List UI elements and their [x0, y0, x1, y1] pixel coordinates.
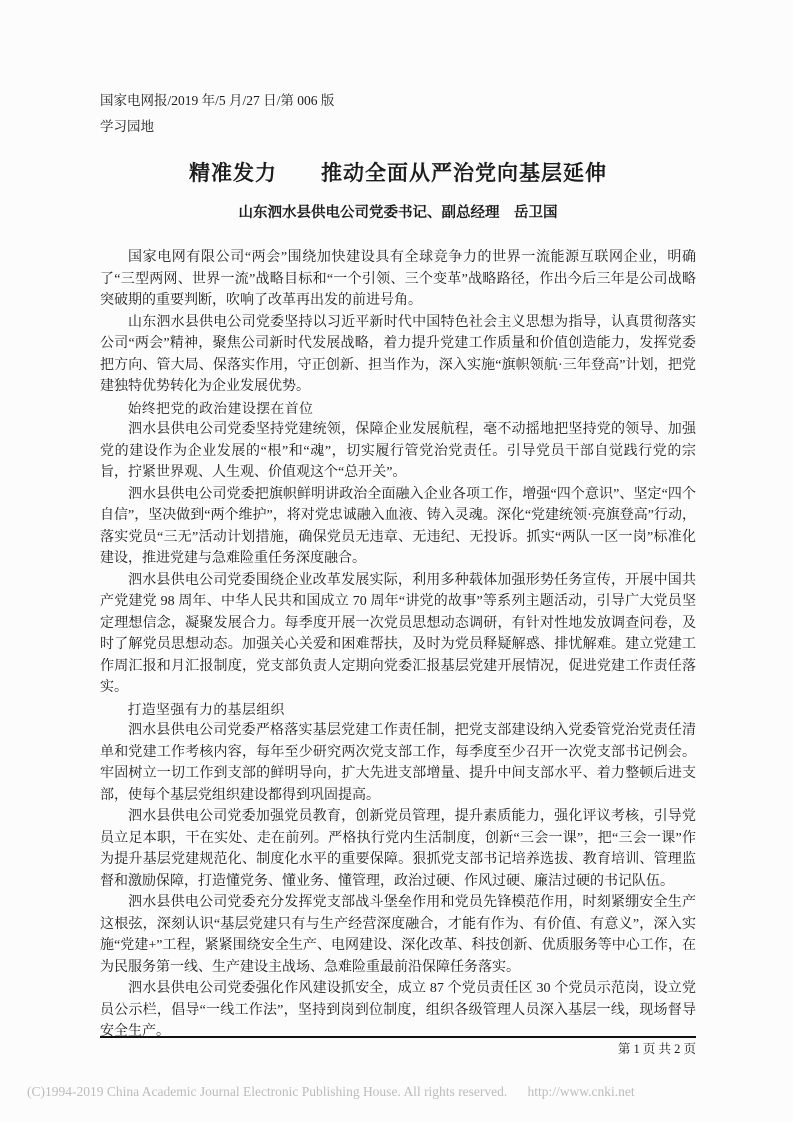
article-content: 国家电网报/2019 年/5 月/27 日/第 006 版 学习园地 精准发力 …: [100, 0, 696, 1043]
paragraph: 泗水县供电公司党委坚持党建统领，保障企业发展航程，毫不动摇地把坚持党的领导、加强…: [100, 419, 696, 484]
document-page: 国家电网报/2019 年/5 月/27 日/第 006 版 学习园地 精准发力 …: [0, 0, 793, 1122]
document-header: 国家电网报/2019 年/5 月/27 日/第 006 版 学习园地: [100, 0, 696, 140]
section-heading: 打造坚强有力的基层组织: [100, 699, 696, 721]
section-heading: 始终把党的政治建设摆在首位: [100, 398, 696, 420]
source-line: 国家电网报/2019 年/5 月/27 日/第 006 版: [100, 88, 696, 114]
paragraph: 泗水县供电公司党委强化作风建设抓安全，成立 87 个党员责任区 30 个党员示范…: [100, 978, 696, 1043]
paragraph: 泗水县供电公司党委加强党员教育，创新党员管理，提升素质能力，强化评议考核，引导党…: [100, 806, 696, 892]
article-body: 国家电网有限公司“两会”围绕加快建设具有全球竞争力的世界一流能源互联网企业，明确…: [100, 247, 696, 1043]
paragraph: 泗水县供电公司党委充分发挥党支部战斗堡垒作用和党员先锋模范作用，时刻紧绷安全生产…: [100, 892, 696, 978]
copyright-line: (C)1994-2019 China Academic Journal Elec…: [27, 1080, 767, 1100]
paragraph: 泗水县供电公司党委围绕企业改革发展实际，利用多种载体加强形势任务宣传，开展中国共…: [100, 570, 696, 699]
footer-rule: 第 1 页 共 2 页: [100, 1036, 696, 1059]
paragraph: 泗水县供电公司党委把旗帜鲜明讲政治全面融入企业各项工作，增强“四个意识”、坚定“…: [100, 484, 696, 570]
paragraph: 国家电网有限公司“两会”围绕加快建设具有全球竞争力的世界一流能源互联网企业，明确…: [100, 247, 696, 312]
page-indicator: 第 1 页 共 2 页: [100, 1038, 696, 1059]
article-byline: 山东泗水县供电公司党委书记、副总经理 岳卫国: [100, 202, 696, 224]
paragraph: 山东泗水县供电公司党委坚持以习近平新时代中国特色社会主义思想为指导，认真贯彻落实…: [100, 312, 696, 398]
column-name: 学习园地: [100, 114, 696, 140]
paragraph: 泗水县供电公司党委严格落实基层党建工作责任制，把党支部建设纳入党委管党治党责任清…: [100, 720, 696, 806]
article-title: 精准发力 推动全面从严治党向基层延伸: [100, 158, 696, 188]
